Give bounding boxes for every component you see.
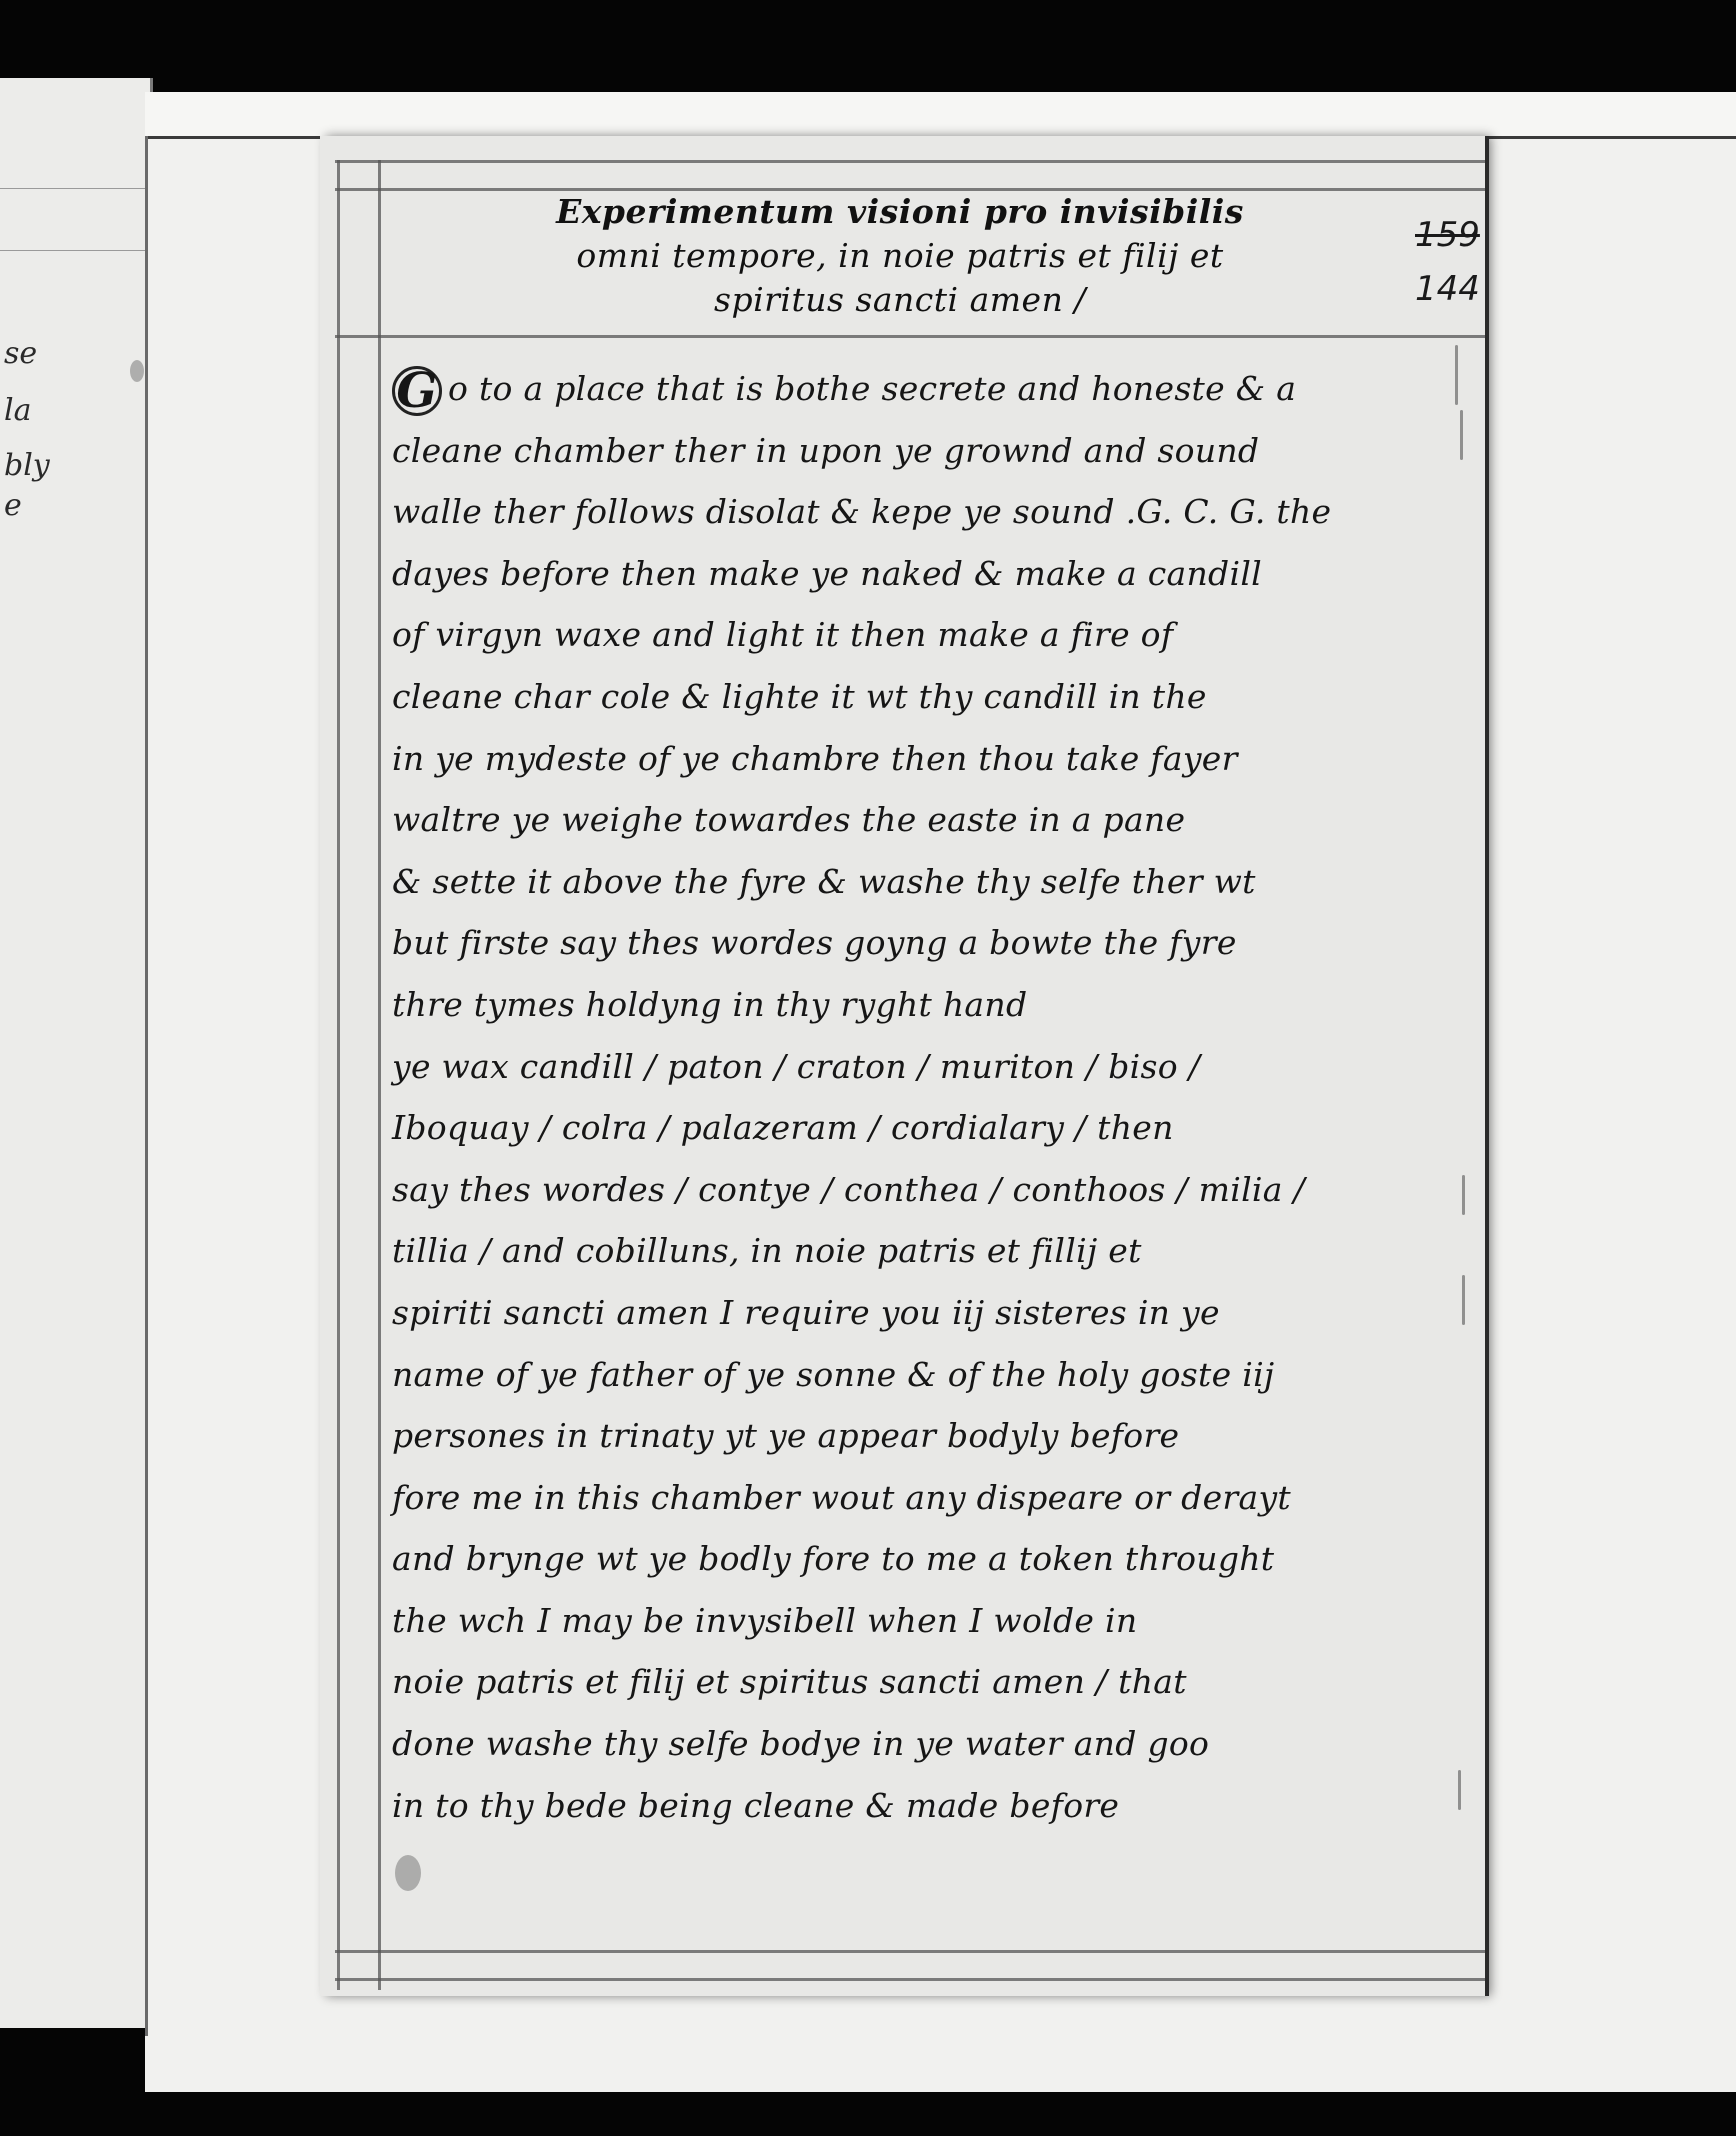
- text-line: say thes wordes / contye / conthea / con…: [392, 1159, 1472, 1221]
- text-line: done washe thy selfe bodye in ye water a…: [392, 1713, 1472, 1775]
- text-line: Go to a place that is bothe secrete and …: [392, 358, 1472, 420]
- margin-bracket: [1460, 410, 1463, 460]
- current-folio-number: 144: [1415, 269, 1480, 309]
- frame-rule-left-inner: [378, 160, 381, 1990]
- margin-bracket: [1462, 1275, 1465, 1325]
- frame-rule-left-outer: [337, 160, 340, 1990]
- frame-rule-top: [335, 160, 1485, 163]
- margin-bracket: [1458, 1770, 1461, 1810]
- ruled-line: [0, 250, 150, 251]
- margin-bracket: [1455, 345, 1458, 405]
- text-line: tillia / and cobilluns, in noie patris e…: [392, 1220, 1472, 1282]
- text-line: thre tymes holdyng in thy ryght hand: [392, 974, 1472, 1036]
- struck-folio-number: 159: [1415, 215, 1480, 255]
- frame-rule-bottom-inner: [335, 1950, 1485, 1953]
- text-line: but firste say thes wordes goyng a bowte…: [392, 912, 1472, 974]
- mount-strip: [145, 92, 1736, 139]
- text-line: fore me in this chamber wout any dispear…: [392, 1467, 1472, 1529]
- text-line: in to thy bede being cleane & made befor…: [392, 1775, 1472, 1837]
- heading-line: spiritus sancti amen /: [420, 278, 1380, 322]
- gutter-line: [145, 136, 148, 2036]
- page-heading: Experimentum visioni pro invisibilis omn…: [420, 190, 1380, 322]
- text-line: & sette it above the fyre & washe thy se…: [392, 851, 1472, 913]
- manuscript-body: Go to a place that is bothe secrete and …: [392, 358, 1472, 1836]
- margin-bracket: [1462, 1175, 1465, 1215]
- text-line: waltre ye weighe towardes the easte in a…: [392, 789, 1472, 851]
- facing-page-fragment: se: [4, 336, 37, 371]
- text-line: in ye mydeste of ye chambre then thou ta…: [392, 728, 1472, 790]
- text-line: Iboquay / colra / palazeram / cordialary…: [392, 1097, 1472, 1159]
- ink-smudge: [130, 360, 144, 382]
- text-line: spiriti sancti amen I require you iij si…: [392, 1282, 1472, 1344]
- ruled-line: [0, 188, 150, 189]
- text-line: cleane char cole & lighte it wt thy cand…: [392, 666, 1472, 728]
- frame-rule-heading: [335, 335, 1485, 338]
- facing-page-fragment: la: [4, 393, 31, 428]
- facing-page-fragment: e: [4, 488, 22, 523]
- text-line: walle ther follows disolat & kepe ye sou…: [392, 481, 1472, 543]
- text-line: noie patris et filij et spiritus sancti …: [392, 1651, 1472, 1713]
- ink-smudge: [395, 1855, 421, 1891]
- text-line: dayes before then make ye naked & make a…: [392, 543, 1472, 605]
- heading-line: omni tempore, in noie patris et filij et: [420, 234, 1380, 278]
- text-line: name of ye father of ye sonne & of the h…: [392, 1344, 1472, 1406]
- frame-rule-bottom: [335, 1978, 1485, 1981]
- facing-page-fragment: bly: [4, 448, 50, 483]
- text-line: persones in trinaty yt ye appear bodyly …: [392, 1405, 1472, 1467]
- decorated-initial: G: [392, 366, 442, 416]
- text-line: the wch I may be invysibell when I wolde…: [392, 1590, 1472, 1652]
- text-line: cleane chamber ther in upon ye grownd an…: [392, 420, 1472, 482]
- text-line: and brynge wt ye bodly fore to me a toke…: [392, 1528, 1472, 1590]
- heading-line: Experimentum visioni pro invisibilis: [420, 190, 1380, 234]
- text-line: of virgyn waxe and light it then make a …: [392, 604, 1472, 666]
- folio-number: 159 144: [1415, 215, 1480, 309]
- text-line: ye wax candill / paton / craton / murito…: [392, 1036, 1472, 1098]
